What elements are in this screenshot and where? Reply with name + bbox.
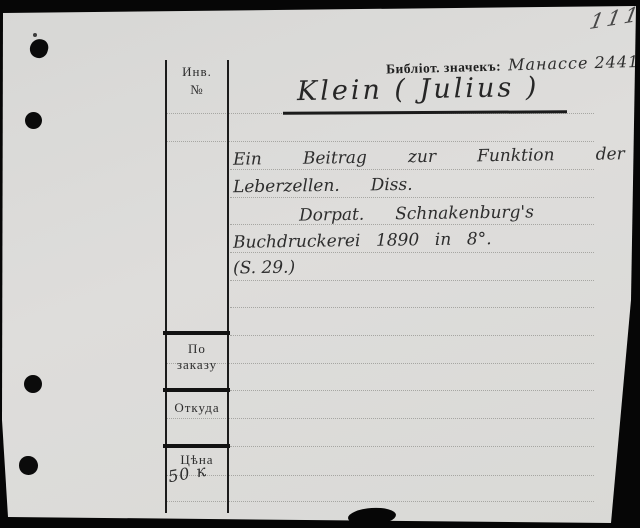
hole-punch-dot [19, 456, 38, 475]
author-heading: Klein ( Julius ) [297, 72, 540, 107]
origin-label: Откуда [165, 400, 229, 416]
ruled-line [166, 141, 594, 142]
ink-speck [33, 33, 37, 37]
hole-punch-dot [25, 112, 42, 129]
entry-line: Leberzellen. Diss. [233, 175, 413, 198]
library-mark-value: Манассе 24414. [508, 51, 640, 74]
ruled-line [230, 252, 594, 253]
hole-punch-dot [28, 37, 50, 60]
column-separator [163, 444, 230, 448]
ruled-line [230, 446, 594, 447]
entry-line: Buchdruckerei 1890 in 8°. [233, 229, 492, 253]
ruled-line [230, 335, 594, 336]
entry-line: Dorpat. Schnakenburg's [299, 202, 534, 225]
ruled-line [166, 363, 594, 364]
column-separator [163, 331, 230, 335]
hole-punch-dot [24, 375, 42, 393]
inventory-number-sign: № [165, 82, 229, 98]
by-order-label: По заказу [165, 341, 229, 373]
card-paper: Инв. № По заказу Откуда Цѣна 50 к Библіо… [0, 0, 640, 528]
ruled-line [230, 197, 594, 198]
corner-page-number: 111 [588, 2, 640, 34]
ruled-line [230, 280, 594, 281]
ruled-line [230, 224, 594, 225]
ruled-line [166, 418, 594, 419]
entry-line: Ein Beitrag zur Funktion der [233, 144, 625, 169]
ruled-line [230, 390, 594, 391]
ruled-line [230, 307, 594, 308]
scanned-catalog-card: Инв. № По заказу Откуда Цѣна 50 к Библіо… [0, 0, 640, 528]
column-separator [163, 388, 230, 392]
ruled-line [230, 169, 594, 170]
entry-line: (S. 29.) [233, 258, 295, 279]
ruled-line [166, 475, 594, 476]
ruled-line [166, 501, 594, 502]
author-underline [283, 110, 567, 114]
inventory-number-label: Инв. [165, 64, 229, 80]
